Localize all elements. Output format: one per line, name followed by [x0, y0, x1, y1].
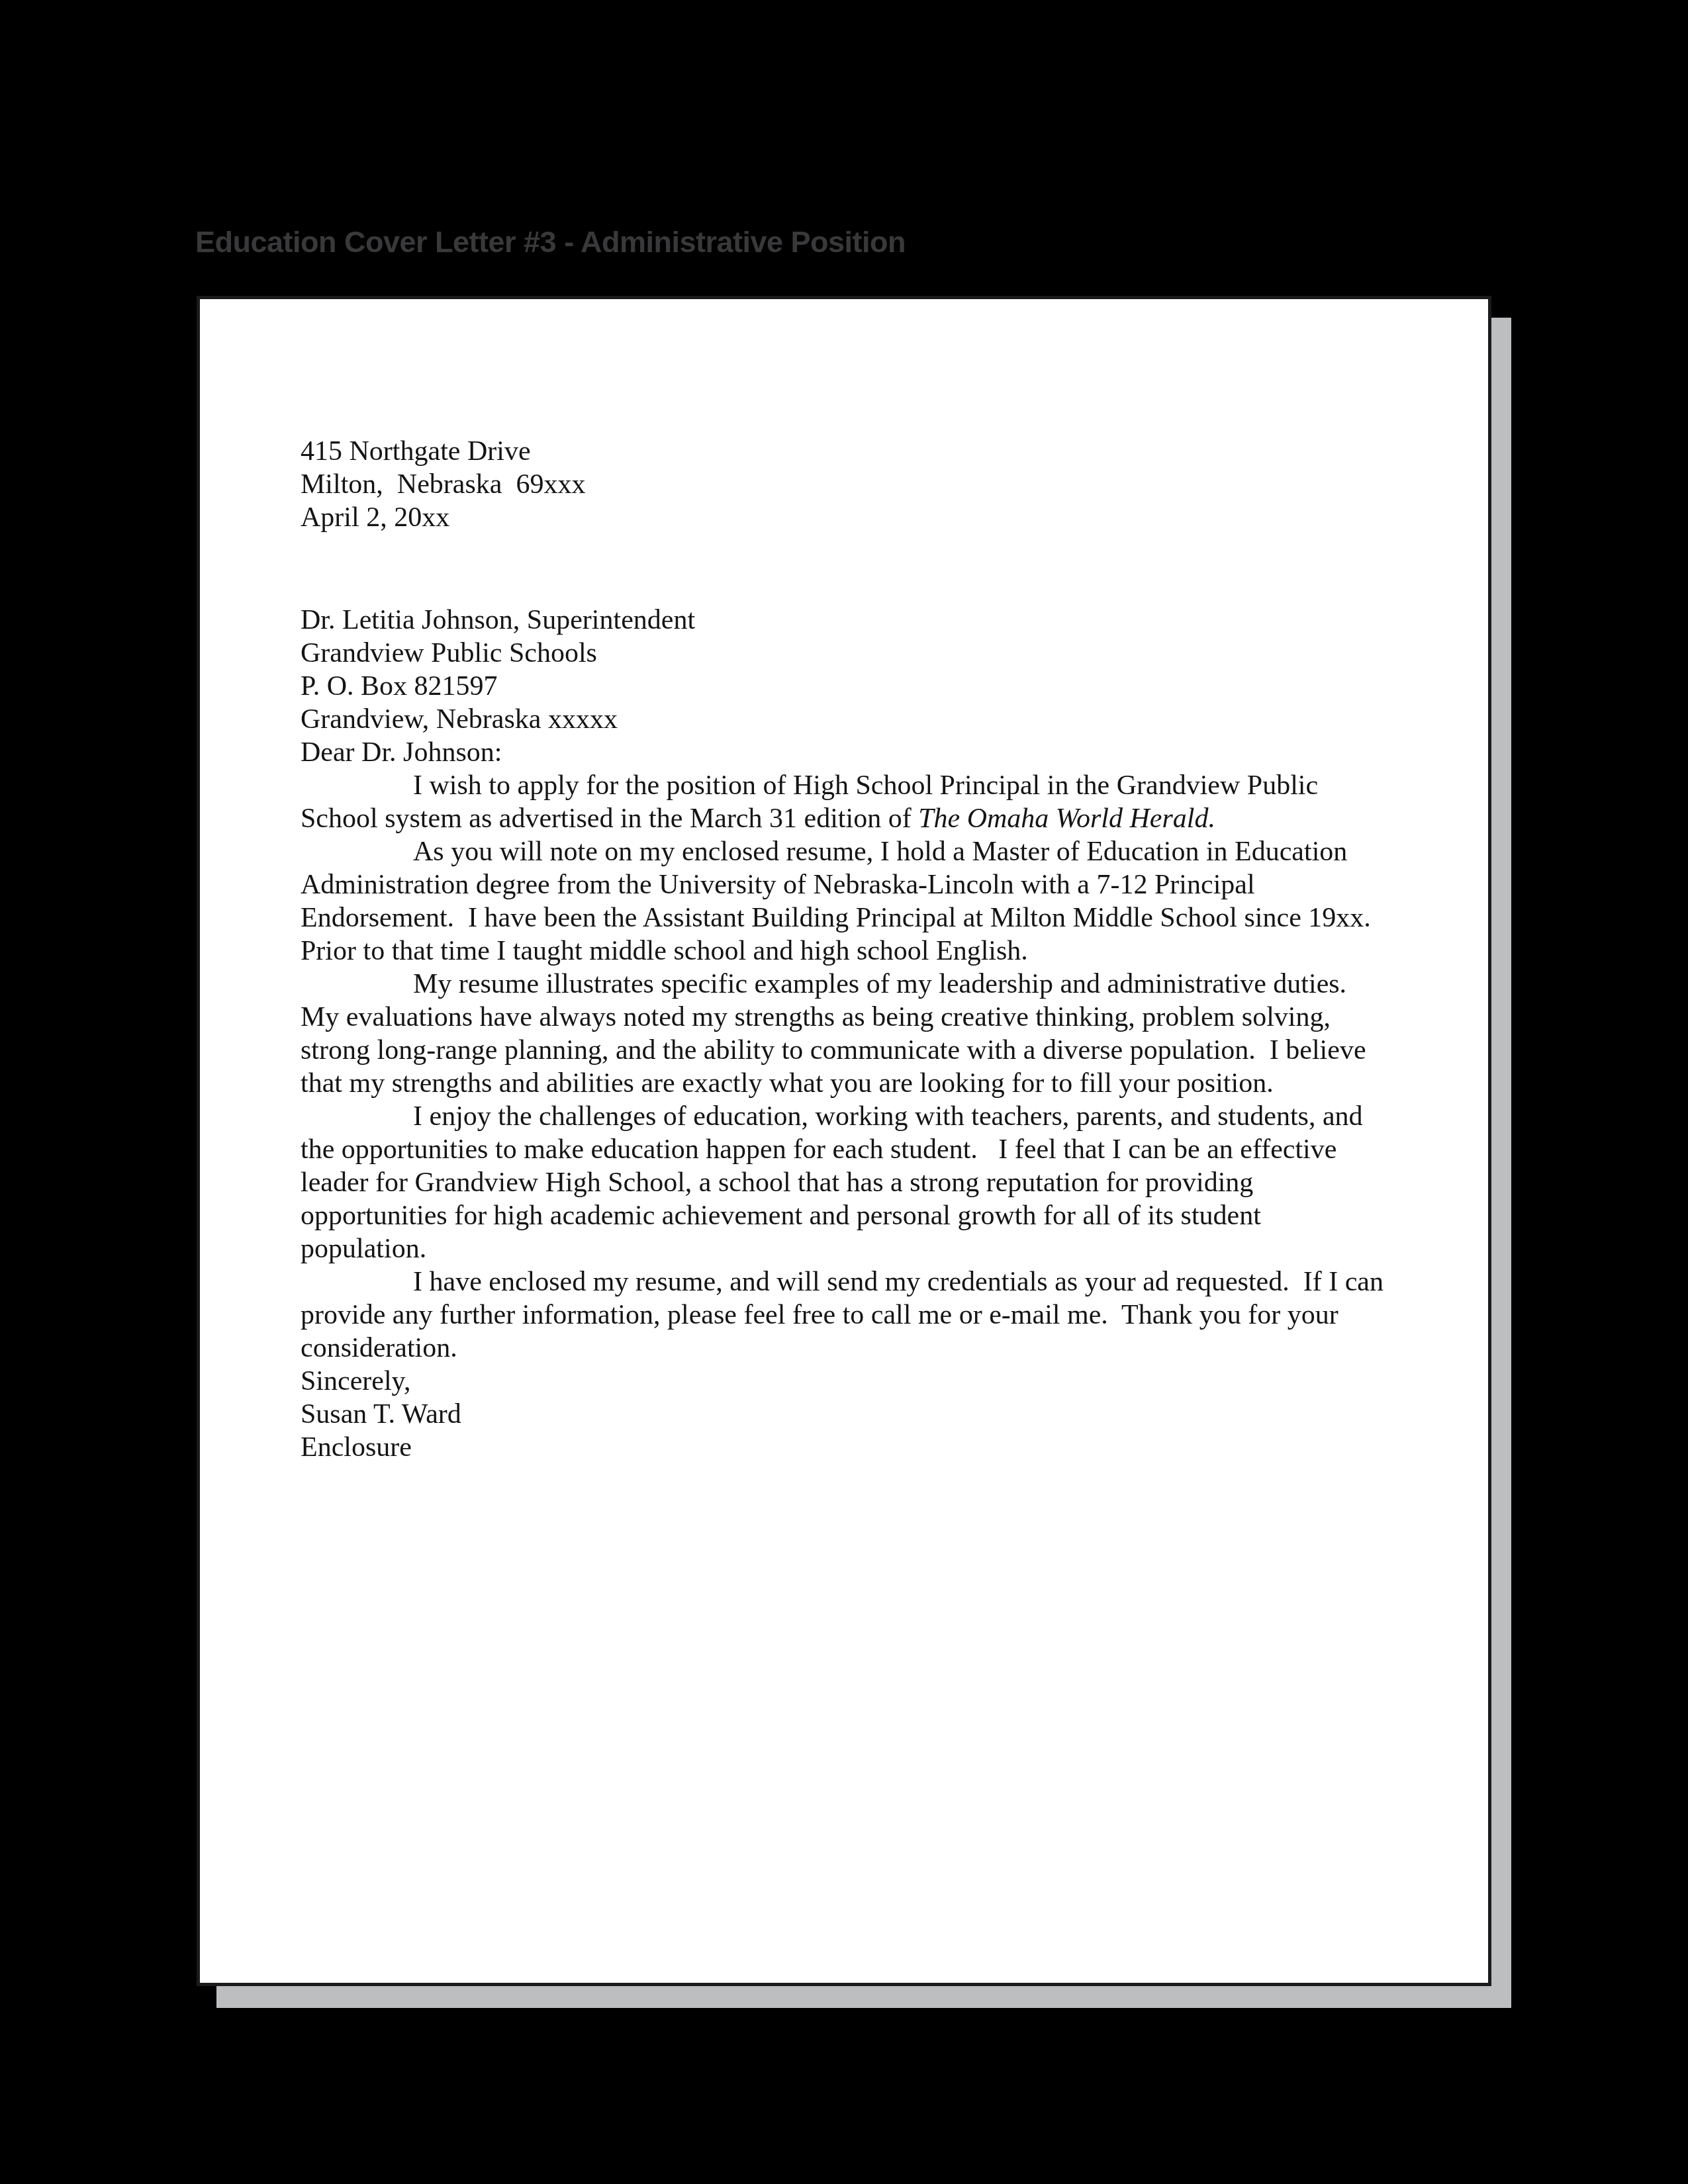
paragraph-5: I have enclosed my resume, and will send… [301, 1265, 1393, 1365]
salutation: Dear Dr. Johnson: [301, 736, 1393, 769]
closing: Sincerely, [301, 1365, 1393, 1398]
recipient-line-1: Dr. Letitia Johnson, Superintendent [301, 604, 1393, 637]
recipient-line-4: Grandview, Nebraska xxxxx [301, 703, 1393, 736]
sender-address-line-3: April 2, 20xx [301, 501, 1393, 534]
signature-name: Susan T. Ward [301, 1398, 1393, 1431]
page-background: Education Cover Letter #3 - Administrati… [0, 0, 1688, 2184]
paragraph-2: As you will note on my enclosed resume, … [301, 835, 1393, 968]
newspaper-name-italic: The Omaha World Herald. [918, 803, 1215, 834]
sender-address-block: 415 Northgate Drive Milton, Nebraska 69x… [301, 435, 1393, 534]
paragraph-3: My resume illustrates specific examples … [301, 968, 1393, 1100]
paragraph-1: I wish to apply for the position of High… [301, 769, 1393, 835]
enclosure-note: Enclosure [301, 1431, 1393, 1464]
sender-address-line-1: 415 Northgate Drive [301, 435, 1393, 468]
paragraph-4: I enjoy the challenges of education, wor… [301, 1100, 1393, 1265]
recipient-line-2: Grandview Public Schools [301, 637, 1393, 670]
sender-address-line-2: Milton, Nebraska 69xxx [301, 468, 1393, 501]
letter-body: 415 Northgate Drive Milton, Nebraska 69x… [200, 299, 1488, 1983]
recipient-line-3: P. O. Box 821597 [301, 670, 1393, 703]
recipient-address-block: Dr. Letitia Johnson, Superintendent Gran… [301, 604, 1393, 736]
letter-page: 415 Northgate Drive Milton, Nebraska 69x… [197, 296, 1491, 1986]
document-title: Education Cover Letter #3 - Administrati… [195, 225, 906, 259]
